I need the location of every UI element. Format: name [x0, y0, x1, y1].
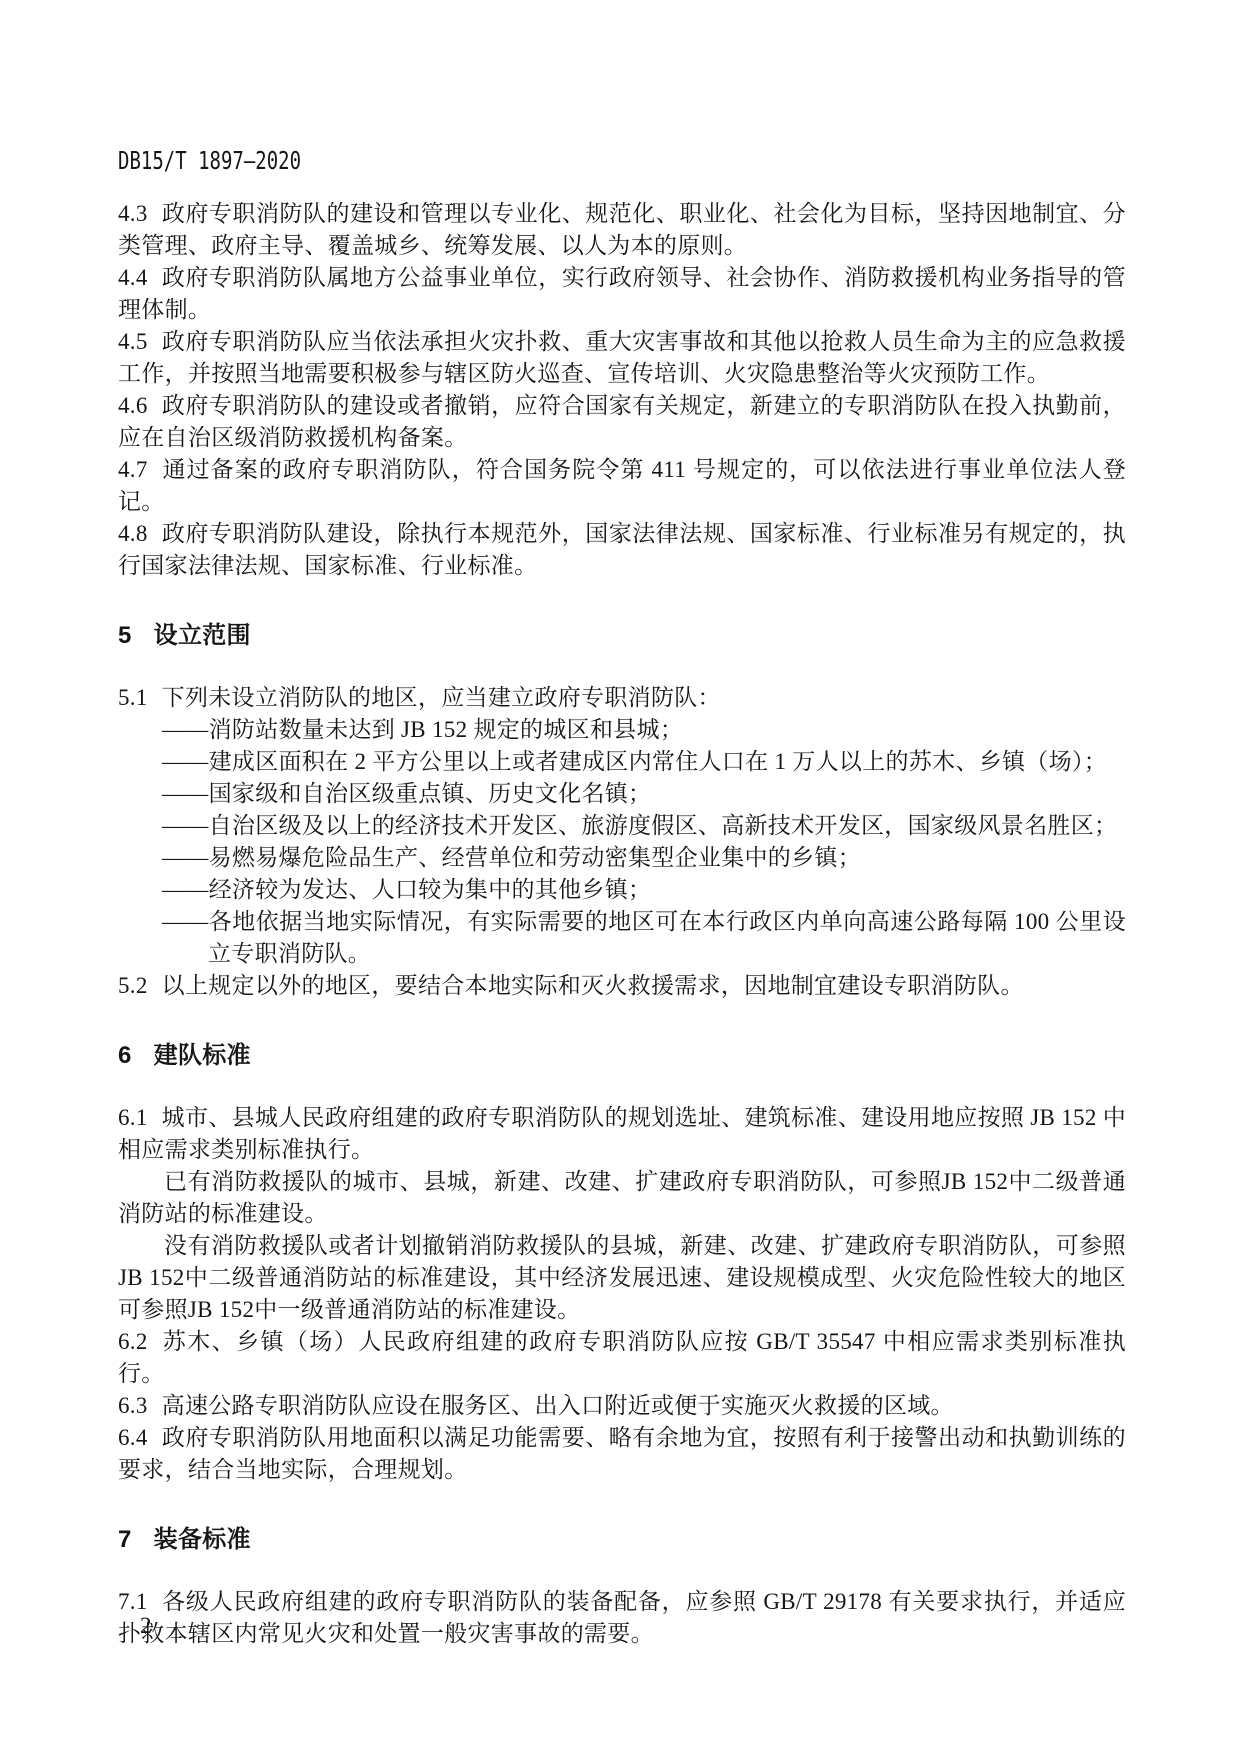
dash-list-item: ——消防站数量未达到 JB 152 规定的城区和县城；: [118, 714, 1126, 746]
clause-4.6: 4.6政府专职消防队的建设或者撤销，应符合国家有关规定，新建立的专职消防队在投入…: [118, 390, 1126, 454]
indented-paragraph: 没有消防救援队或者计划撤销消防救援队的县城，新建、改建、扩建政府专职消防队，可参…: [118, 1230, 1126, 1326]
clause-text: 政府专职消防队属地方公益事业单位，实行政府领导、社会协作、消防救援机构业务指导的…: [118, 265, 1126, 322]
section-heading-7: 7装备标准: [118, 1524, 1126, 1556]
section-number: 7: [118, 1526, 132, 1553]
clause-4.5: 4.5政府专职消防队应当依法承担火灾扑救、重大灾害事故和其他以抢救人员生命为主的…: [118, 326, 1126, 390]
document-body: 4.3政府专职消防队的建设和管理以专业化、规范化、职业化、社会化为目标，坚持因地…: [118, 198, 1126, 1650]
clause-text: 下列未设立消防队的地区，应当建立政府专职消防队：: [162, 685, 721, 710]
clause-number: 5.2: [118, 973, 148, 998]
clause-number: 4.4: [118, 265, 148, 290]
clause-number: 4.8: [118, 521, 148, 546]
section-title: 设立范围: [154, 622, 251, 649]
clause-number: 6.2: [118, 1329, 148, 1354]
indented-paragraph: 已有消防救援队的城市、县城，新建、改建、扩建政府专职消防队，可参照JB 152中…: [118, 1166, 1126, 1230]
clause-number: 6.4: [118, 1425, 148, 1450]
section-title: 建队标准: [154, 1042, 251, 1069]
dash-list-item: ——各地依据当地实际情况，有实际需要的地区可在本行政区内单向高速公路每隔 100…: [118, 906, 1126, 970]
clause-text: 政府专职消防队建设，除执行本规范外，国家法律法规、国家标准、行业标准另有规定的，…: [118, 521, 1126, 578]
clause-number: 4.7: [118, 457, 148, 482]
clause-number: 5.1: [118, 685, 148, 710]
clause-text: 高速公路专职消防队应设在服务区、出入口附近或便于实施灭火救援的区域。: [162, 1393, 954, 1418]
clause-4.8: 4.8政府专职消防队建设，除执行本规范外，国家法律法规、国家标准、行业标准另有规…: [118, 518, 1126, 582]
clause-4.4: 4.4政府专职消防队属地方公益事业单位，实行政府领导、社会协作、消防救援机构业务…: [118, 262, 1126, 326]
clause-text: 以上规定以外的地区，要结合本地实际和灭火救援需求，因地制宜建设专职消防队。: [162, 973, 1024, 998]
section-heading-6: 6建队标准: [118, 1040, 1126, 1072]
clause-number: 4.3: [118, 201, 148, 226]
clause-6.1: 6.1城市、县城人民政府组建的政府专职消防队的规划选址、建筑标准、建设用地应按照…: [118, 1102, 1126, 1166]
clause-text: 城市、县城人民政府组建的政府专职消防队的规划选址、建筑标准、建设用地应按照 JB…: [118, 1105, 1126, 1162]
section-number: 5: [118, 622, 132, 649]
dash-list-item: ——自治区级及以上的经济技术开发区、旅游度假区、高新技术开发区，国家级风景名胜区…: [118, 810, 1126, 842]
clause-7.1: 7.1各级人民政府组建的政府专职消防队的装备配备，应参照 GB/T 29178 …: [118, 1586, 1126, 1650]
dash-list-item: ——经济较为发达、人口较为集中的其他乡镇；: [118, 874, 1126, 906]
clause-6.3: 6.3高速公路专职消防队应设在服务区、出入口附近或便于实施灭火救援的区域。: [118, 1390, 1126, 1422]
dash-list-item: ——易燃易爆危险品生产、经营单位和劳动密集型企业集中的乡镇；: [118, 842, 1126, 874]
section-heading-5: 5设立范围: [118, 620, 1126, 652]
document-number-header: DB15/T 1897—2020: [118, 146, 301, 175]
clause-text: 各级人民政府组建的政府专职消防队的装备配备，应参照 GB/T 29178 有关要…: [118, 1589, 1126, 1646]
dash-list-item: ——国家级和自治区级重点镇、历史文化名镇；: [118, 778, 1126, 810]
clause-text: 政府专职消防队应当依法承担火灾扑救、重大灾害事故和其他以抢救人员生命为主的应急救…: [118, 329, 1126, 386]
clause-number: 6.1: [118, 1105, 148, 1130]
clause-4.3: 4.3政府专职消防队的建设和管理以专业化、规范化、职业化、社会化为目标，坚持因地…: [118, 198, 1126, 262]
dash-list-item: ——建成区面积在 2 平方公里以上或者建成区内常住人口在 1 万人以上的苏木、乡…: [118, 746, 1126, 778]
clause-text: 苏木、乡镇（场）人民政府组建的政府专职消防队应按 GB/T 35547 中相应需…: [118, 1329, 1126, 1386]
section-title: 装备标准: [154, 1526, 251, 1553]
clause-text: 政府专职消防队用地面积以满足功能需要、略有余地为宜，按照有利于接警出动和执勤训练…: [118, 1425, 1126, 1482]
clause-6.4: 6.4政府专职消防队用地面积以满足功能需要、略有余地为宜，按照有利于接警出动和执…: [118, 1422, 1126, 1486]
clause-number: 6.3: [118, 1393, 148, 1418]
clause-5.1: 5.1下列未设立消防队的地区，应当建立政府专职消防队：: [118, 682, 1126, 714]
clause-5.2: 5.2以上规定以外的地区，要结合本地实际和灭火救援需求，因地制宜建设专职消防队。: [118, 970, 1126, 1002]
clause-4.7: 4.7通过备案的政府专职消防队，符合国务院令第 411 号规定的，可以依法进行事…: [118, 454, 1126, 518]
clause-number: 4.6: [118, 393, 148, 418]
page-number: 2: [140, 1610, 152, 1642]
clause-text: 通过备案的政府专职消防队，符合国务院令第 411 号规定的，可以依法进行事业单位…: [118, 457, 1126, 514]
section-number: 6: [118, 1042, 132, 1069]
clause-6.2: 6.2苏木、乡镇（场）人民政府组建的政府专职消防队应按 GB/T 35547 中…: [118, 1326, 1126, 1390]
clause-number: 4.5: [118, 329, 148, 354]
clause-text: 政府专职消防队的建设和管理以专业化、规范化、职业化、社会化为目标，坚持因地制宜、…: [118, 201, 1126, 258]
clause-text: 政府专职消防队的建设或者撤销，应符合国家有关规定，新建立的专职消防队在投入执勤前…: [118, 393, 1126, 450]
